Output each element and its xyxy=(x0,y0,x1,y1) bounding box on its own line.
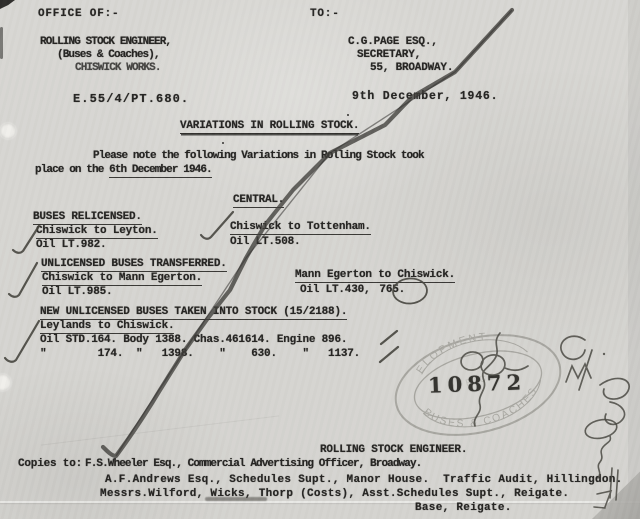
handwritten-margin-marks xyxy=(583,417,618,508)
section-heading-central: CENTRAL. xyxy=(233,194,284,208)
illegible-small-print xyxy=(205,497,267,501)
group1-right-route: Chiswick to Tottenham. xyxy=(230,221,371,235)
copies-line-4: Base, Reigate. xyxy=(415,502,512,514)
group1-right-stock: Oil LT.508. xyxy=(230,236,300,248)
ink-speck xyxy=(222,142,224,144)
group2-right-route: Mann Egerton to Chiswick. xyxy=(295,269,455,283)
scan-edge-streak xyxy=(0,27,3,59)
office-of-label: OFFICE OF:- xyxy=(38,8,119,20)
pen-slash-row2 xyxy=(380,347,398,362)
document-title: VARIATIONS IN ROLLING STOCK. xyxy=(180,120,359,134)
scan-corner-mark xyxy=(0,0,15,9)
paper-crease-minor xyxy=(41,415,279,445)
copies-line-1: F.S.Wheeler Esq., Commercial Advertising… xyxy=(85,458,421,470)
copies-line-2: A.F.Andrews Esq., Schedules Supt., Manor… xyxy=(105,474,623,486)
group2-right-stock-main: Oil LT.430, xyxy=(300,284,370,296)
group3-subheading: Leylands to Chiswick. xyxy=(40,320,174,334)
group1-left-route: Chiswick to Leyton. xyxy=(36,225,158,239)
punch-hole-top xyxy=(0,123,16,139)
intro-line-2: place on the 6th December 1946. xyxy=(35,164,212,176)
recipient-line-3: 55, BROADWAY. xyxy=(370,62,453,74)
group3-row-1: Oil STD.164. Body 1388. Chas.461614. Eng… xyxy=(40,334,347,346)
pen-checkmark-transferred xyxy=(9,263,37,297)
group2-heading: UNLICENSED BUSES TRANSFERRED. xyxy=(41,258,227,272)
copies-label: Copies to: xyxy=(18,458,82,470)
ink-speck xyxy=(347,114,349,116)
sender-line-1: ROLLING STOCK ENGINEER, xyxy=(40,36,171,48)
stamp-serial-number: 10872 xyxy=(428,369,527,397)
group2-left-route: Chiswick to Mann Egerton. xyxy=(42,272,202,286)
recipient-line-2: SECRETARY, xyxy=(357,49,421,61)
intro-line-2-prefix: place on the xyxy=(35,164,109,176)
sender-line-2: (Buses & Coaches), xyxy=(57,49,160,61)
reference-number: E.55/4/PT.680. xyxy=(73,93,189,105)
group1-heading: BUSES RELICENSED. xyxy=(33,211,142,225)
paper-crease xyxy=(0,501,640,503)
group2-right-stock: Oil LT.430,765. xyxy=(300,284,405,296)
signature-title: ROLLING STOCK ENGINEER. xyxy=(320,444,467,456)
scan-edge-shadow xyxy=(628,0,640,519)
pen-checkmark-tottenham xyxy=(201,212,233,239)
document-date: 9th December, 1946. xyxy=(352,91,498,103)
pen-checkmark-new-stock xyxy=(5,321,39,362)
group2-right-stock-circled: 765. xyxy=(379,284,405,296)
punch-hole-bottom xyxy=(0,374,11,391)
recipient-line-1: C.G.PAGE ESQ., xyxy=(348,36,438,48)
group3-heading: NEW UNLICENSED BUSES TAKEN INTO STOCK (1… xyxy=(40,306,347,320)
pen-slash-row1 xyxy=(381,331,397,344)
copies-line-3: Messrs.Wilford, Wicks, Thorp (Costs), As… xyxy=(100,488,569,500)
intro-line-1: Please note the following Variations in … xyxy=(93,150,424,162)
to-label: TO:- xyxy=(310,8,340,20)
scanned-memo-document: OFFICE OF:- TO:- ROLLING STOCK ENGINEER,… xyxy=(0,0,640,519)
group3-row-2: " 174. " 1398. " 630. " 1137. xyxy=(40,348,360,360)
sender-line-3: CHISWICK WORKS. xyxy=(75,62,161,74)
intro-date-underlined: 6th December 1946. xyxy=(109,164,212,178)
group2-left-stock: Oil LT.985. xyxy=(42,286,112,298)
group1-left-stock: Oil LT.982. xyxy=(36,239,106,251)
